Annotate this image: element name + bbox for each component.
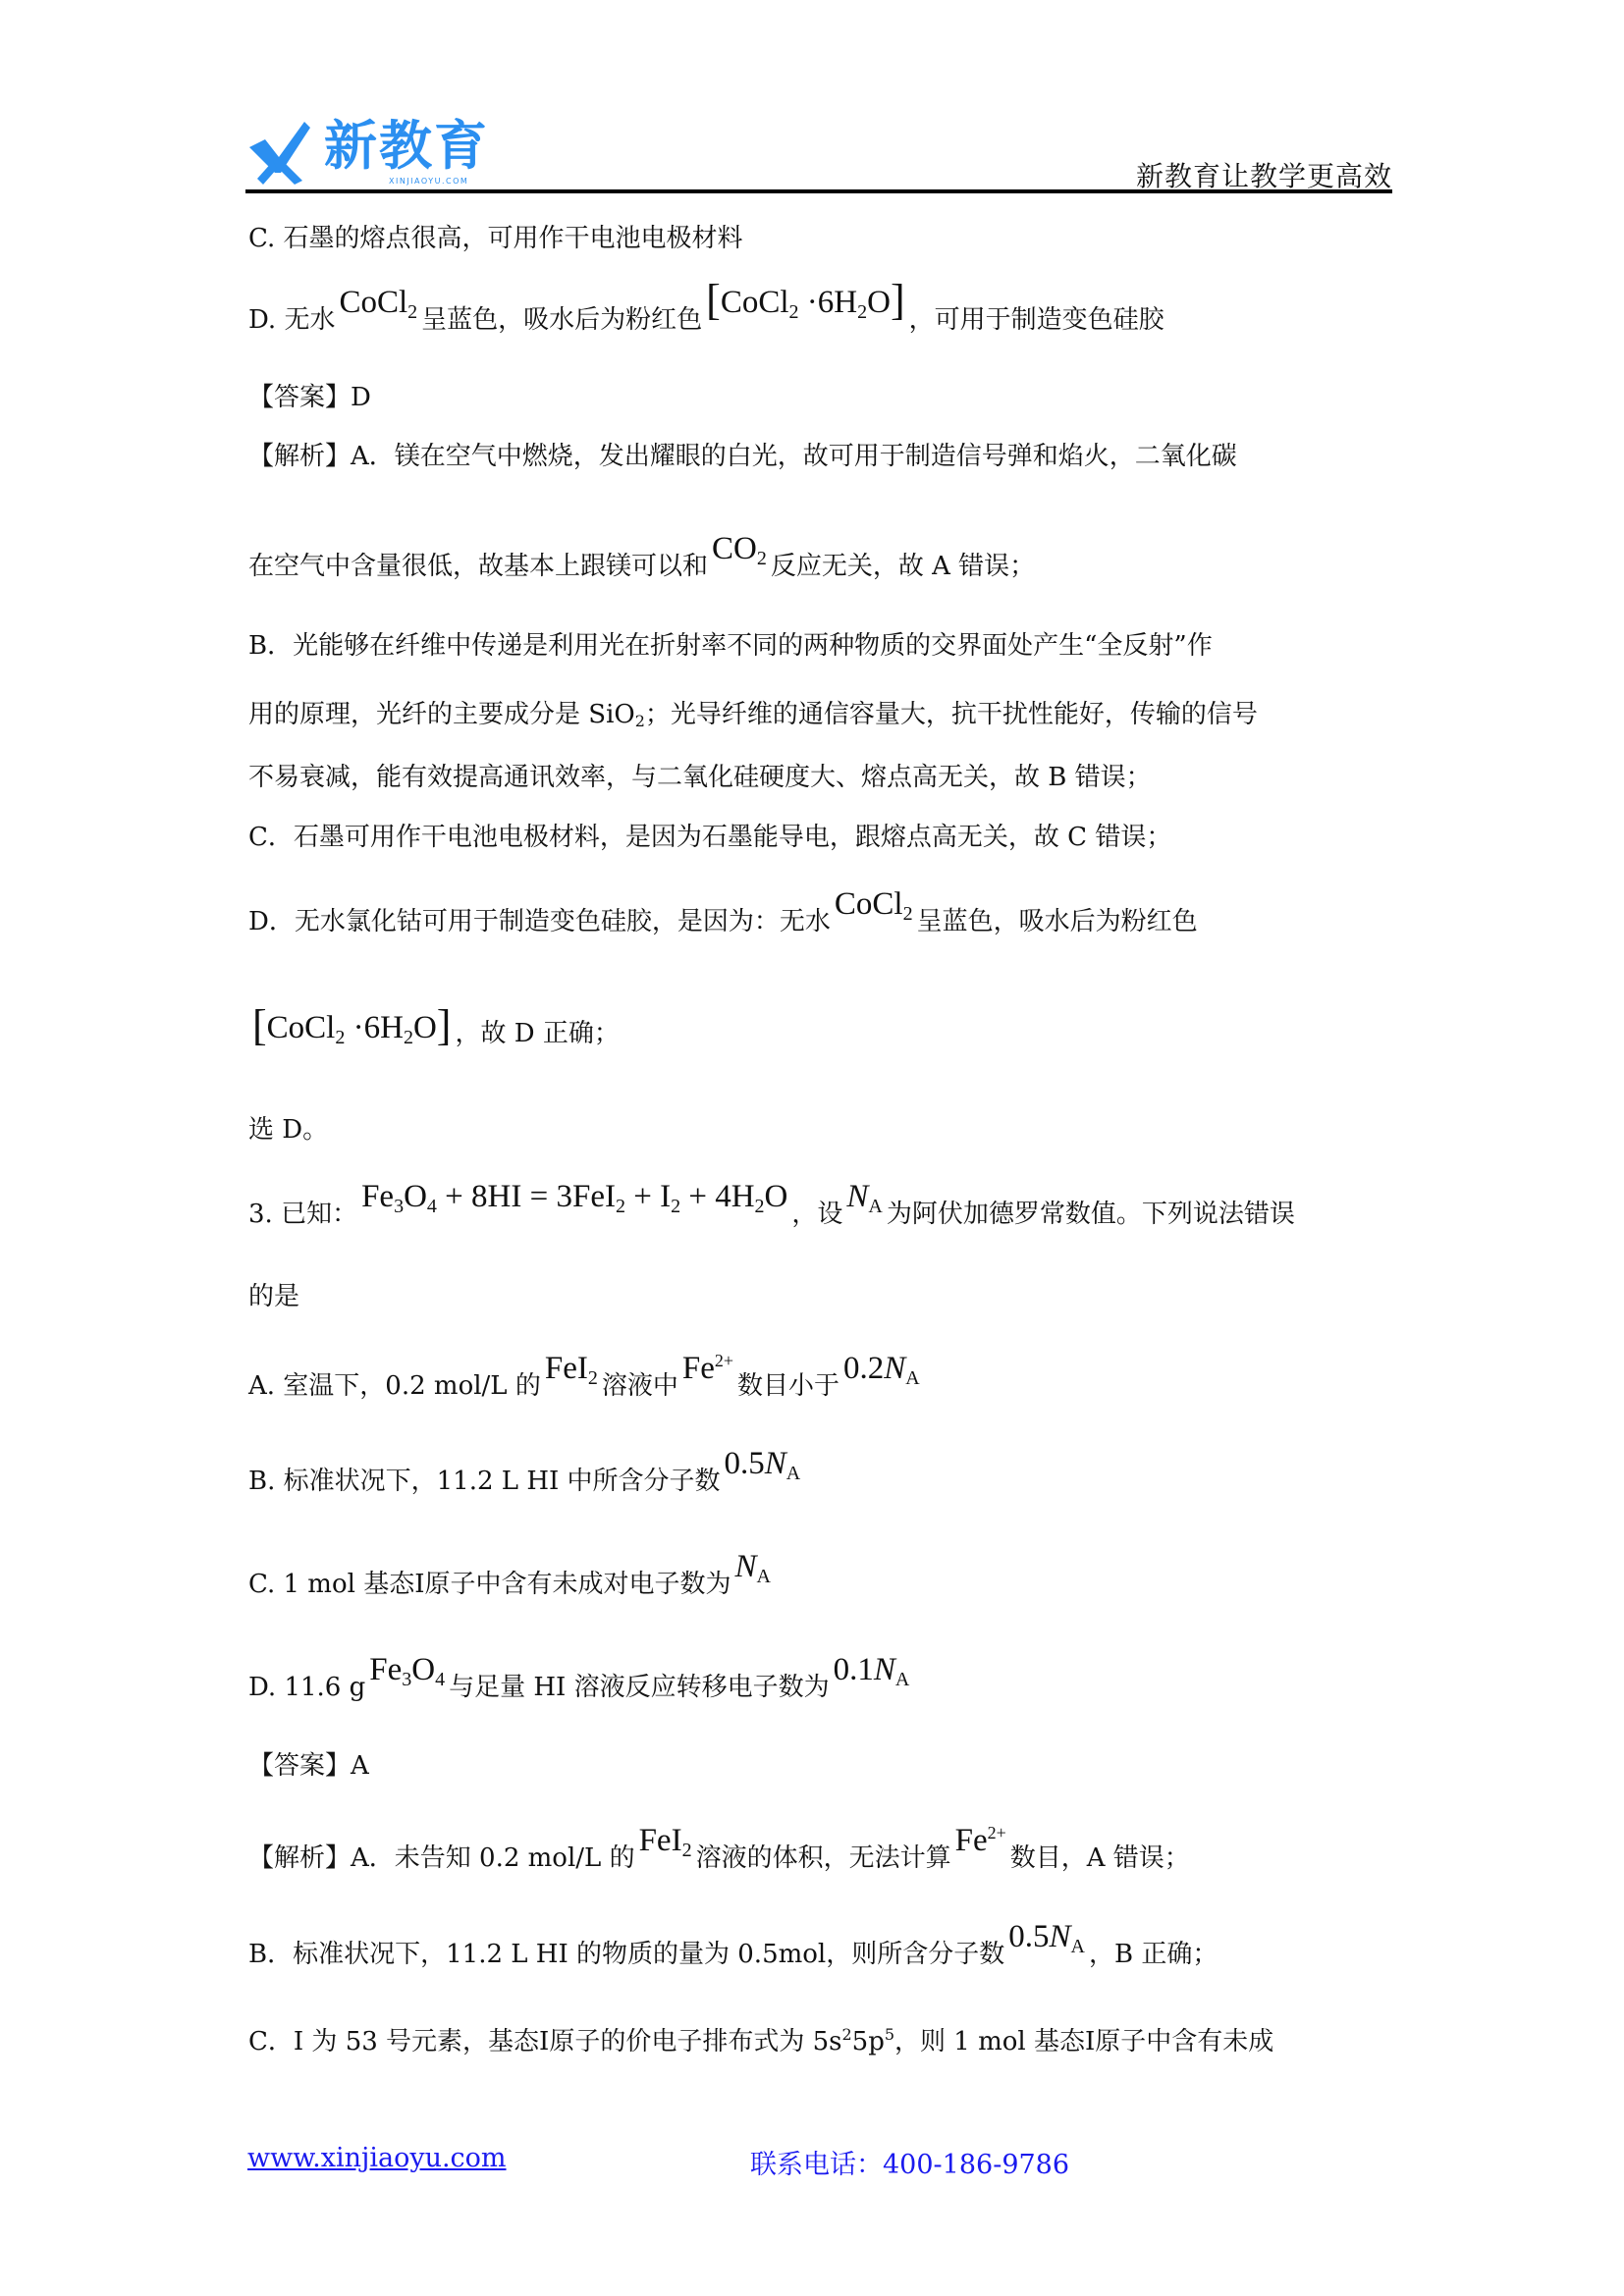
logo-domain: XINJIAOYU.COM (389, 177, 468, 186)
formula-fe3o4: Fe3O4 (369, 1652, 445, 1687)
q3-analysis-a: 【解析】A．未告知 0.2 mol/L 的FeI2溶液的体积，无法计算Fe2+数… (248, 1832, 1190, 1883)
brand-logo: 新教育 XINJIAOYU.COM (245, 116, 511, 192)
q2-analysis-b-line1: B．光能够在纤维中传递是利用光在折射率不同的两种物质的交界面处产生“全反射”作 (248, 629, 1213, 663)
value-0-1-na: 0.1NA (834, 1652, 910, 1687)
ion-fe2plus: Fe2+ (682, 1351, 733, 1386)
formula-fei2: FeI2 (545, 1351, 598, 1386)
header-divider (245, 189, 1392, 193)
q2-analysis-c: C．石墨可用作干电池电极材料，是因为石墨能导电，跟熔点高无关，故 C 错误； (248, 821, 1171, 854)
q3-option-d: D. 11.6 gFe3O4与足量 HI 溶液反应转移电子数为0.1NA (248, 1669, 913, 1712)
q2-analysis-d-line2: [CoCl2 ·6H2O]，故 D 正确； (248, 1011, 620, 1058)
q3-stem-line1: 3. 已知：Fe3O4 + 8HI = 3FeI2 + I2 + 4H2O，设N… (248, 1196, 1295, 1239)
formula-cocl2: CoCl2 (339, 285, 417, 320)
reaction-equation: Fe3O4 + 8HI = 3FeI2 + I2 + 4H2O (361, 1179, 787, 1214)
document-page: 新教育 XINJIAOYU.COM 新教育让教学更高效 C. 石墨的熔点很高，可… (0, 0, 1624, 2296)
formula-co2: CO2 (712, 531, 767, 566)
q2-analysis-b-line2: 用的原理，光纤的主要成分是 SiO2；光导纤维的通信容量大，抗干扰性能好，传输的… (248, 698, 1258, 738)
q3-answer: 【答案】A (248, 1749, 369, 1783)
website-link[interactable]: www.xinjiaoyu.com (247, 2143, 507, 2173)
q2-analysis-b-line3: 不易衰减，能有效提高通讯效率，与二氧化硅硬度大、熔点高无关，故 B 错误； (248, 761, 1152, 794)
q2-answer: 【答案】D (248, 381, 371, 414)
value-0-2-na: 0.2NA (843, 1351, 920, 1386)
formula-cocl2: CoCl2 (835, 886, 913, 922)
q2-conclusion: 选 D。 (248, 1113, 328, 1147)
formula-cocl2-hydrate: [CoCl2 ·6H2O] (252, 1010, 451, 1045)
logo-wordmark: 新教育 (324, 116, 489, 177)
header-slogan: 新教育让教学更高效 (1136, 155, 1392, 194)
ion-fe2plus: Fe2+ (955, 1823, 1006, 1858)
value-0-5-na: 0.5NA (725, 1446, 801, 1481)
logo-check-icon (245, 118, 314, 187)
q2-analysis-a-line1: 【解析】A．镁在空气中燃烧，发出耀眼的白光，故可用于制造信号弹和焰火，二氧化碳 (248, 440, 1237, 473)
formula-fei2: FeI2 (639, 1823, 692, 1858)
q2-analysis-a-line2: 在空气中含量很低，故基本上跟镁可以和CO2反应无关，故 A 错误； (248, 548, 1035, 591)
q3-option-a: A. 室温下，0.2 mol/L 的FeI2溶液中Fe2+数目小于0.2NA (248, 1360, 924, 1411)
q3-analysis-b: B．标准状况下，11.2 L HI 的物质的量为 0.5mol，则所含分子数0.… (248, 1936, 1218, 1979)
q3-analysis-c: C．I 为 53 号元素，基态Ⅰ原子的价电子排布式为 5s25p5，则 1 mo… (248, 2018, 1273, 2058)
value-0-5-na: 0.5NA (1008, 1919, 1085, 1954)
q2-option-c: C. 石墨的熔点很高，可用作干电池电极材料 (248, 222, 743, 255)
avogadro-symbol: NA (846, 1179, 882, 1214)
q3-stem-line2: 的是 (248, 1280, 299, 1313)
q3-option-c: C. 1 mol 基态Ⅰ原子中含有未成对电子数为NA (248, 1566, 775, 1609)
q2-analysis-d-line1: D．无水氯化钴可用于制造变色硅胶，是因为：无水CoCl2呈蓝色，吸水后为粉红色 (248, 903, 1198, 946)
value-na: NA (734, 1549, 770, 1584)
contact-phone: 联系电话：400-186-9786 (750, 2143, 1069, 2181)
formula-cocl2-hydrate: [CoCl2 ·6H2O] (706, 285, 904, 320)
q2-option-d: D. 无水CoCl2呈蓝色，吸水后为粉红色[CoCl2 ·6H2O]，可用于制造… (248, 297, 1164, 345)
q3-option-b: B. 标准状况下，11.2 L HI 中所含分子数0.5NA (248, 1463, 804, 1506)
